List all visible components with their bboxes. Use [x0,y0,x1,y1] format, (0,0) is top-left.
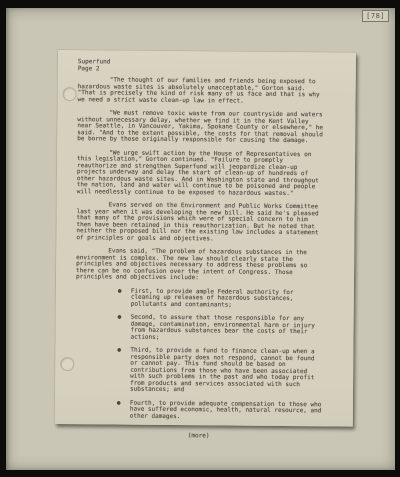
page-number-label: [78] [362,10,389,22]
bullet-icon: ● [118,288,131,308]
bullet-item-second: ● Second, to assure that those responsib… [117,315,322,343]
doc-header: Superfund Page 2 [78,59,342,74]
album-page: [78] Superfund Page 2 "The thought of ou… [6,8,395,470]
bullet-item-first: ● First, to provide ample Federal author… [118,288,323,309]
paragraph-gorton-quote-1: "The thought of our families and friends… [78,77,326,105]
paragraph-gorton-quote-2: "We must remove toxic waste from our cou… [77,110,325,145]
paragraph-gorton-quote-3: "We urge swift action by the House of Re… [77,150,325,198]
paragraph-evans-quote: Evans said, "The problem of hazardous su… [76,248,324,283]
bullet-item-third: ● Third, to provide a fund to finance cl… [117,348,322,395]
hole-punch-top-icon [63,87,77,101]
album-frame: [78] Superfund Page 2 "The thought of ou… [0,0,400,477]
bullet-icon: ● [117,400,130,420]
more-indicator: (more) [75,432,323,441]
bullet-text-fourth: Fourth, to provide adequate compensation… [130,400,322,421]
bullet-text-third: Third, to provide a fund to finance clea… [130,348,322,395]
bullet-icon: ● [117,315,130,341]
bullet-text-first: First, to provide ample Federal authorit… [131,288,323,309]
document-paper: Superfund Page 2 "The thought of our fam… [55,50,356,427]
bullet-text-second: Second, to assure that those responsible… [130,315,322,343]
bullet-icon: ● [117,348,130,394]
doc-page-number: Page 2 [78,66,342,75]
paragraph-evans-committee: Evans served on the Environment and Publ… [76,202,324,243]
hole-punch-bottom-icon [60,357,74,371]
bullet-item-fourth: ● Fourth, to provide adequate compensati… [117,400,322,421]
